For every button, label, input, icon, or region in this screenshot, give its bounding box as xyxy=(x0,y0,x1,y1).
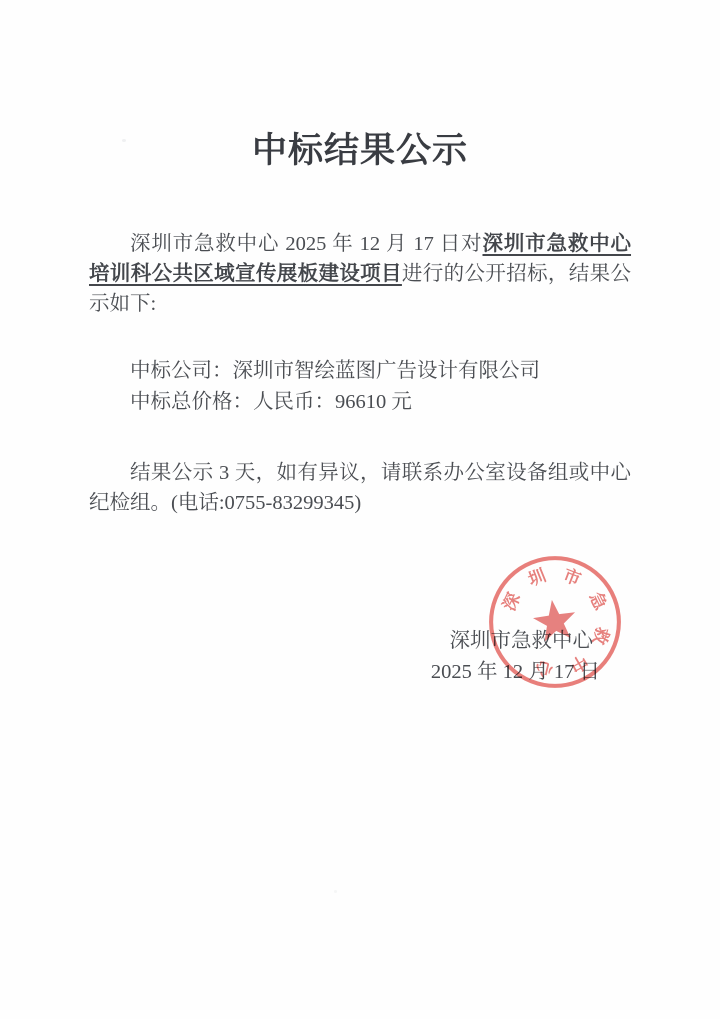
winner-value: 深圳市智绘蓝图广告设计有限公司 xyxy=(233,360,541,382)
intro-pre-text: 深圳市急救中心 2025 年 12 月 17 日对 xyxy=(130,233,482,255)
seal-char: 市 xyxy=(561,565,584,590)
signature-block: 深圳市急救中心 2025 年 12 月 17 日 xyxy=(0,626,720,688)
winner-line: 中标公司：深圳市智绘蓝图广告设计有限公司 xyxy=(89,356,631,387)
signature-org: 深圳市急救中心 xyxy=(0,626,720,657)
winner-label: 中标公司： xyxy=(130,360,233,382)
document-title: 中标结果公示 xyxy=(0,0,720,172)
scan-speck xyxy=(334,890,337,893)
price-label: 中标总价格： xyxy=(130,391,253,413)
intro-paragraph: 深圳市急救中心 2025 年 12 月 17 日对深圳市急救中心培训科公共区域宣… xyxy=(89,229,631,319)
seal-char: 深 xyxy=(500,589,525,613)
seal-char: 急 xyxy=(585,589,611,614)
price-line: 中标总价格：人民币：96610 元 xyxy=(89,387,631,418)
scan-speck xyxy=(122,139,126,142)
notice-paragraph: 结果公示 3 天，如有异议，请联系办公室设备组或中心纪检组。(电话:0755-8… xyxy=(89,458,631,518)
seal-char: 圳 xyxy=(525,565,548,590)
scanned-document-page: 中标结果公示 深圳市急救中心 2025 年 12 月 17 日对深圳市急救中心培… xyxy=(0,0,720,1019)
price-value: 人民币：96610 元 xyxy=(253,391,412,413)
signature-date: 2025 年 12 月 17 日 xyxy=(0,657,720,688)
